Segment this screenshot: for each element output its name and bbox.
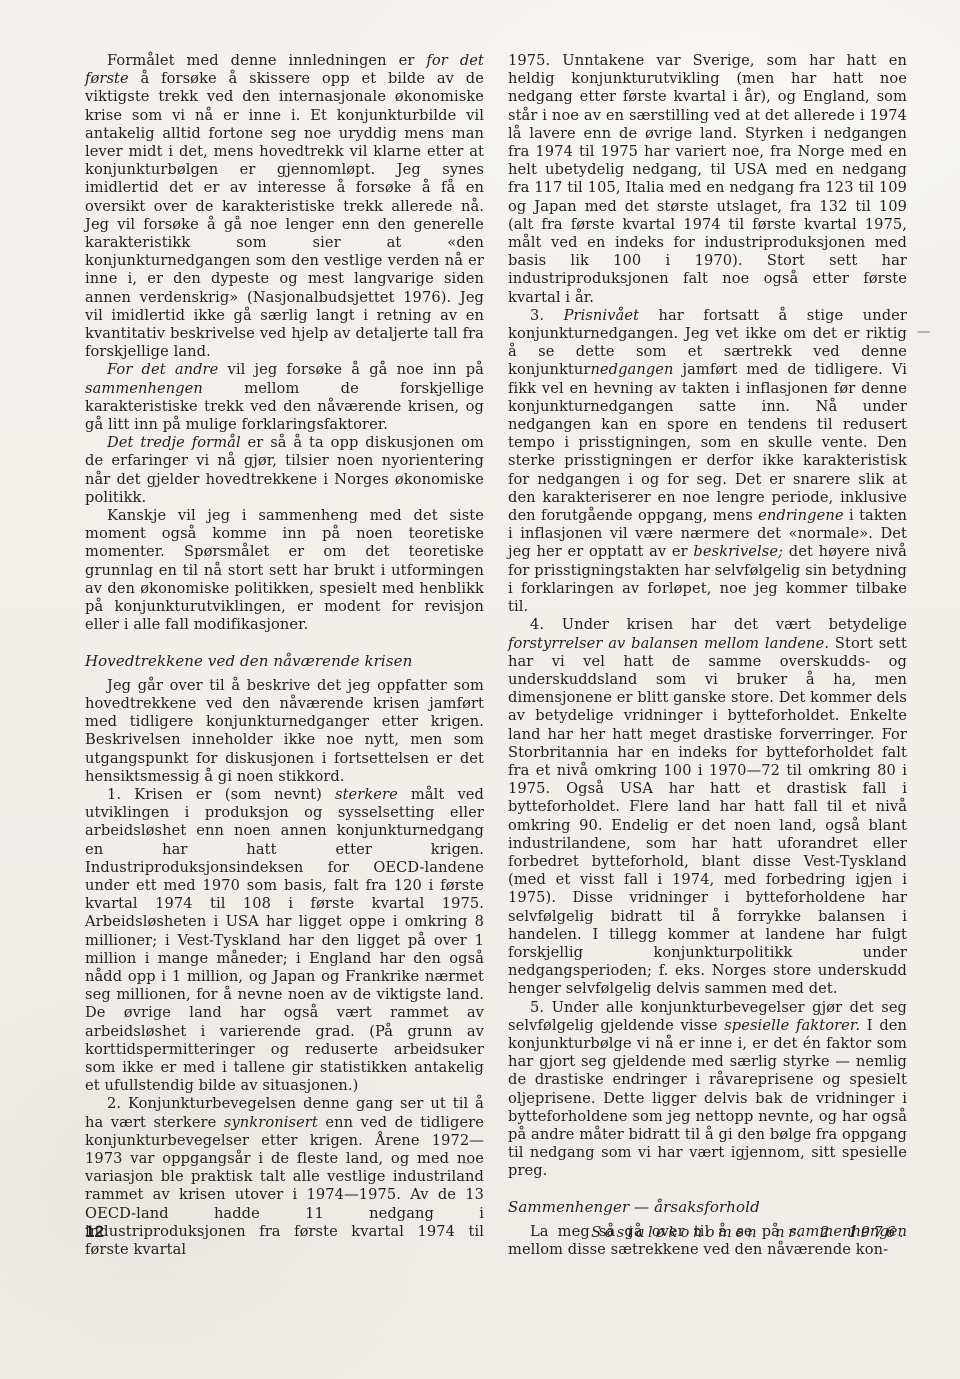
paragraph-point-1-crisis-stronger: 1. Krisen er (som nevnt) sterkere målt v…	[85, 786, 484, 1095]
scan-artifact-dash	[917, 331, 930, 333]
page-number: 12	[85, 1222, 104, 1242]
paragraph-point-3-price-level: 3. Prisnivået har fortsatt å stige under…	[508, 307, 907, 616]
right-column: 1975. Unntakene var Sverige, som har hat…	[508, 52, 907, 1259]
section-heading-sammenhenger: Sammenhenger — årsaksforhold	[508, 1198, 907, 1216]
paragraph-point-4-balance-disturbances: 4. Under krisen har det vært betydelige …	[508, 616, 907, 998]
paragraph-crisis-description-intro: Jeg går over til å beskrive det jeg oppf…	[85, 677, 484, 786]
section-heading-hovedtrekkene: Hovedtrekkene ved den nåværende krisen	[85, 652, 484, 670]
paragraph-purpose-third: Det tredje formål er så å ta opp diskusj…	[85, 434, 484, 507]
scan-artifact-dash	[462, 1162, 474, 1164]
paragraph-point-5-special-factors: 5. Under alle konjunkturbevegelser gjør …	[508, 999, 907, 1181]
left-column: Formålet med denne innledningen er for d…	[85, 52, 484, 1259]
page-footer: 12 Sosialøkonomen nr. 2 1976.	[85, 1222, 907, 1242]
journal-reference: Sosialøkonomen nr. 2 1976.	[591, 1225, 907, 1241]
paragraph-purpose-second: For det andre vil jeg forsøke å gå noe i…	[85, 361, 484, 434]
text-columns: Formålet med denne innledningen er for d…	[85, 52, 907, 1259]
scanned-journal-page: Formålet med denne innledningen er for d…	[0, 0, 960, 1379]
paragraph-point-2-continued: 1975. Unntakene var Sverige, som har hat…	[508, 52, 907, 307]
paragraph-theoretical-moments: Kanskje vil jeg i sammenheng med det sis…	[85, 507, 484, 634]
paragraph-purpose-first: Formålet med denne innledningen er for d…	[85, 52, 484, 361]
